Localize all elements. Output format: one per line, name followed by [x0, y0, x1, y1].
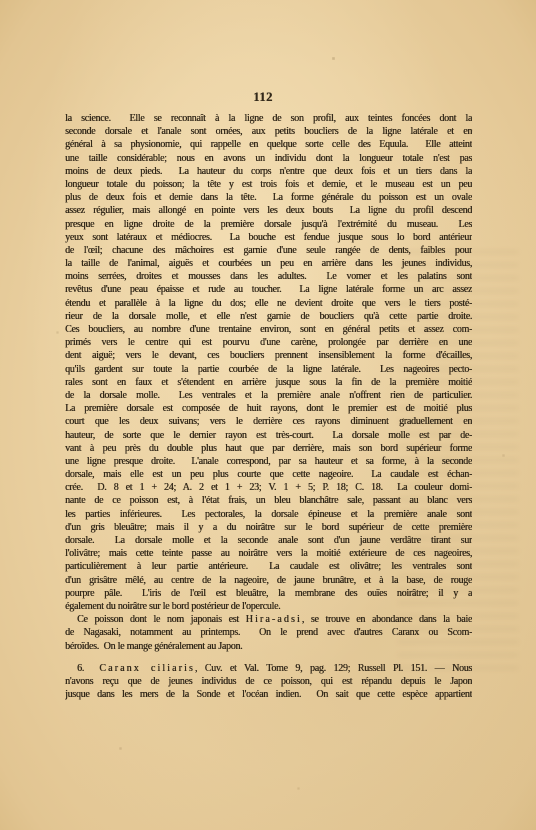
text-line: dorsale. La dorsale molle et la seconde … [65, 534, 472, 547]
text-line: pourpre pâle. L'iris de l'œil est bleuât… [65, 587, 472, 600]
text-line: d'un gris bleuâtre; mais il y a du noirâ… [65, 521, 472, 534]
text-line: l'olivâtre; mais cette teinte passe au n… [65, 547, 472, 560]
page-text: la science. Elle se reconnaît à la ligne… [65, 112, 472, 701]
text-line: de l'œil; chacune des mâchoires est garn… [65, 244, 472, 257]
text-line: rales sont en faux et s'étendent en arri… [65, 376, 472, 389]
page-number: 112 [0, 90, 526, 105]
text-line: la taille de l'animal, aiguës et courbée… [65, 257, 472, 270]
text-line: qu'ils gardent sur toute la partie courb… [65, 363, 472, 376]
text-line: revêtus d'une peau épaisse et rude au to… [65, 283, 472, 296]
text-line: rieur de la dorsale molle, et elle n'est… [65, 310, 472, 323]
text-line: moins de deux pieds. La hauteur du corps… [65, 165, 472, 178]
text-line: assez régulier, mais allongé en pointe v… [65, 204, 472, 217]
text-line: court que les deux suivans; vers le derr… [65, 415, 472, 428]
book-page: 112 la science. Elle se reconnaît à la l… [0, 0, 536, 830]
text-line: crée. D. 8 et 1 + 24; A. 2 et 1 + 23; V.… [65, 481, 472, 494]
text-line: d'un grisâtre mêlé, au centre de la nage… [65, 574, 472, 587]
text-line: hauteur, de sorte que le dernier rayon e… [65, 429, 472, 442]
text-line: les parties inférieures. Les pectorales,… [65, 508, 472, 521]
paragraph: 6. Caranx ciliaris, Cuv. et Val. Tome 9,… [65, 662, 472, 702]
text-line: yeux sont latéraux et médiocres. La bouc… [65, 231, 472, 244]
text-line: une taille considérable; nous en avons u… [65, 152, 472, 165]
text-line: seconde dorsale et l'anale sont ornées, … [65, 125, 472, 138]
text-line: longueur totale du poisson; la tête y es… [65, 178, 472, 191]
text-line: général à sa physionomie, qui rappelle e… [65, 138, 472, 151]
letterspaced-term: Caranx ciliaris [99, 663, 195, 674]
text-line: vant à peu près du double plus haut que … [65, 442, 472, 455]
text-line: n'avons reçu que de jeunes individus de … [65, 675, 472, 688]
text-line: nante de ce poisson est, à l'état frais,… [65, 494, 472, 507]
text-line: de la dorsale molle. Les ventrales et la… [65, 389, 472, 402]
text-line: moins serrées, droites et mousses dans l… [65, 270, 472, 283]
text-line: la science. Elle se reconnaît à la ligne… [65, 112, 472, 125]
text-line: béroïdes. On le mange généralement au Ja… [65, 640, 472, 653]
text-line: primés vers le centre qui est pourvu d'u… [65, 336, 472, 349]
text-line: une ligne presque droite. L'anale corres… [65, 455, 472, 468]
letterspaced-term: Hira-adsi [246, 614, 302, 625]
text-line: jusque dans les mers de la Sonde et l'oc… [65, 688, 472, 701]
text-line: étendu et parallèle à la ligne du dos; e… [65, 297, 472, 310]
text-line: La première dorsale est composée de huit… [65, 402, 472, 415]
text-line: de Nagasaki, notamment au printemps. On … [65, 626, 472, 639]
text-line: plus de deux fois et demie dans la tête.… [65, 191, 472, 204]
text-line: dorsale, mais elle est un peu plus court… [65, 468, 472, 481]
paragraph: la science. Elle se reconnaît à la ligne… [65, 112, 472, 613]
text-line: dent aiguë; vers le devant, ces bouclier… [65, 349, 472, 362]
text-line: Ce poisson dont le nom japonais est Hira… [65, 613, 472, 626]
text-line: particulièrement à leur partie antérieur… [65, 560, 472, 573]
text-line: presque en ligne droite de la première d… [65, 218, 472, 231]
text-line: 6. Caranx ciliaris, Cuv. et Val. Tome 9,… [65, 662, 472, 675]
text-line: Ces boucliers, au nombre d'une trentaine… [65, 323, 472, 336]
paragraph: Ce poisson dont le nom japonais est Hira… [65, 613, 472, 653]
paper-specks [0, 0, 1, 1]
text-line: également du noirâtre sur le bord postér… [65, 600, 472, 613]
